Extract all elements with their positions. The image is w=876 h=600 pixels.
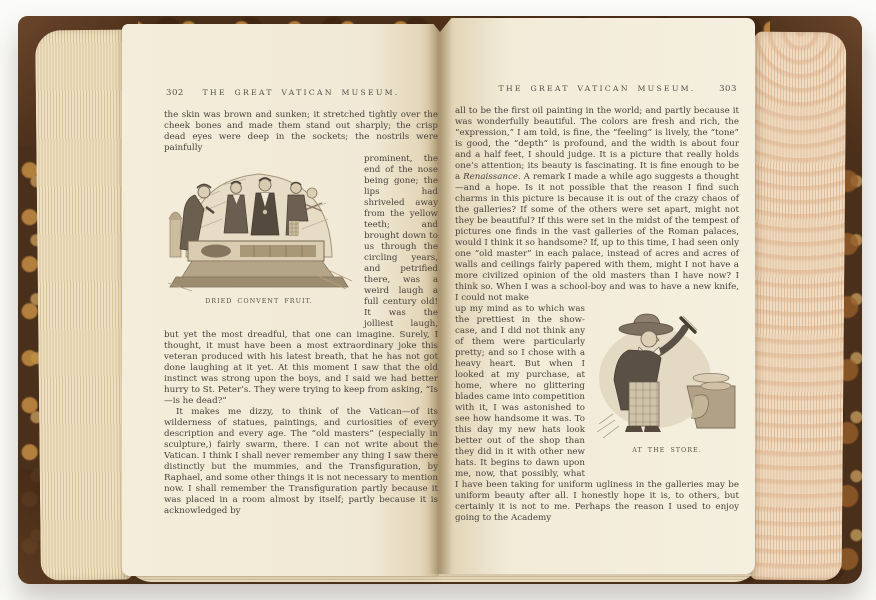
- at-the-store-illustration: [593, 306, 741, 442]
- italicized-word: Renaissance: [463, 172, 518, 182]
- paragraph-segment: all to be the first oil painting in the …: [455, 106, 739, 182]
- running-title: THE GREAT VATICAN MUSEUM.: [164, 88, 438, 98]
- body-paragraph-continued: the skin was brown and sunken; it stretc…: [164, 110, 438, 154]
- paragraph-with-right-engraving: all to be the first oil painting in the …: [455, 106, 739, 524]
- page-number: 303: [719, 84, 737, 94]
- body-paragraph: It makes me dizzy, to think of the Vatic…: [164, 407, 438, 517]
- engraving-at-the-store: AT THE STORE.: [593, 306, 741, 454]
- engraving-dried-convent-fruit: DRIED CONVENT FRUIT.: [162, 155, 356, 305]
- left-running-head: 302 THE GREAT VATICAN MUSEUM.: [164, 88, 438, 101]
- engraving-caption: DRIED CONVENT FRUIT.: [162, 297, 356, 305]
- engraving-caption: AT THE STORE.: [593, 446, 741, 454]
- right-running-head: THE GREAT VATICAN MUSEUM. 303: [455, 84, 739, 97]
- spine-headband-notch: [427, 16, 453, 32]
- page-block-left-edge: [35, 30, 133, 581]
- paragraph-with-left-engraving: DRIED CONVENT FRUIT. prominent, the end …: [164, 154, 438, 407]
- running-title: THE GREAT VATICAN MUSEUM.: [455, 84, 739, 94]
- body-paragraph-continued: all to be the first oil painting in the …: [455, 106, 739, 304]
- dried-convent-fruit-illustration: [162, 155, 356, 293]
- right-page-text-block: THE GREAT VATICAN MUSEUM. 303 all to be …: [455, 84, 739, 524]
- book-photograph: 302 THE GREAT VATICAN MUSEUM. the skin w…: [0, 0, 876, 600]
- left-page-text-block: 302 THE GREAT VATICAN MUSEUM. the skin w…: [164, 88, 438, 517]
- marbled-fore-edge-right: [750, 32, 847, 581]
- paragraph-segment: . A remark I made a while ago suggests a…: [455, 172, 739, 303]
